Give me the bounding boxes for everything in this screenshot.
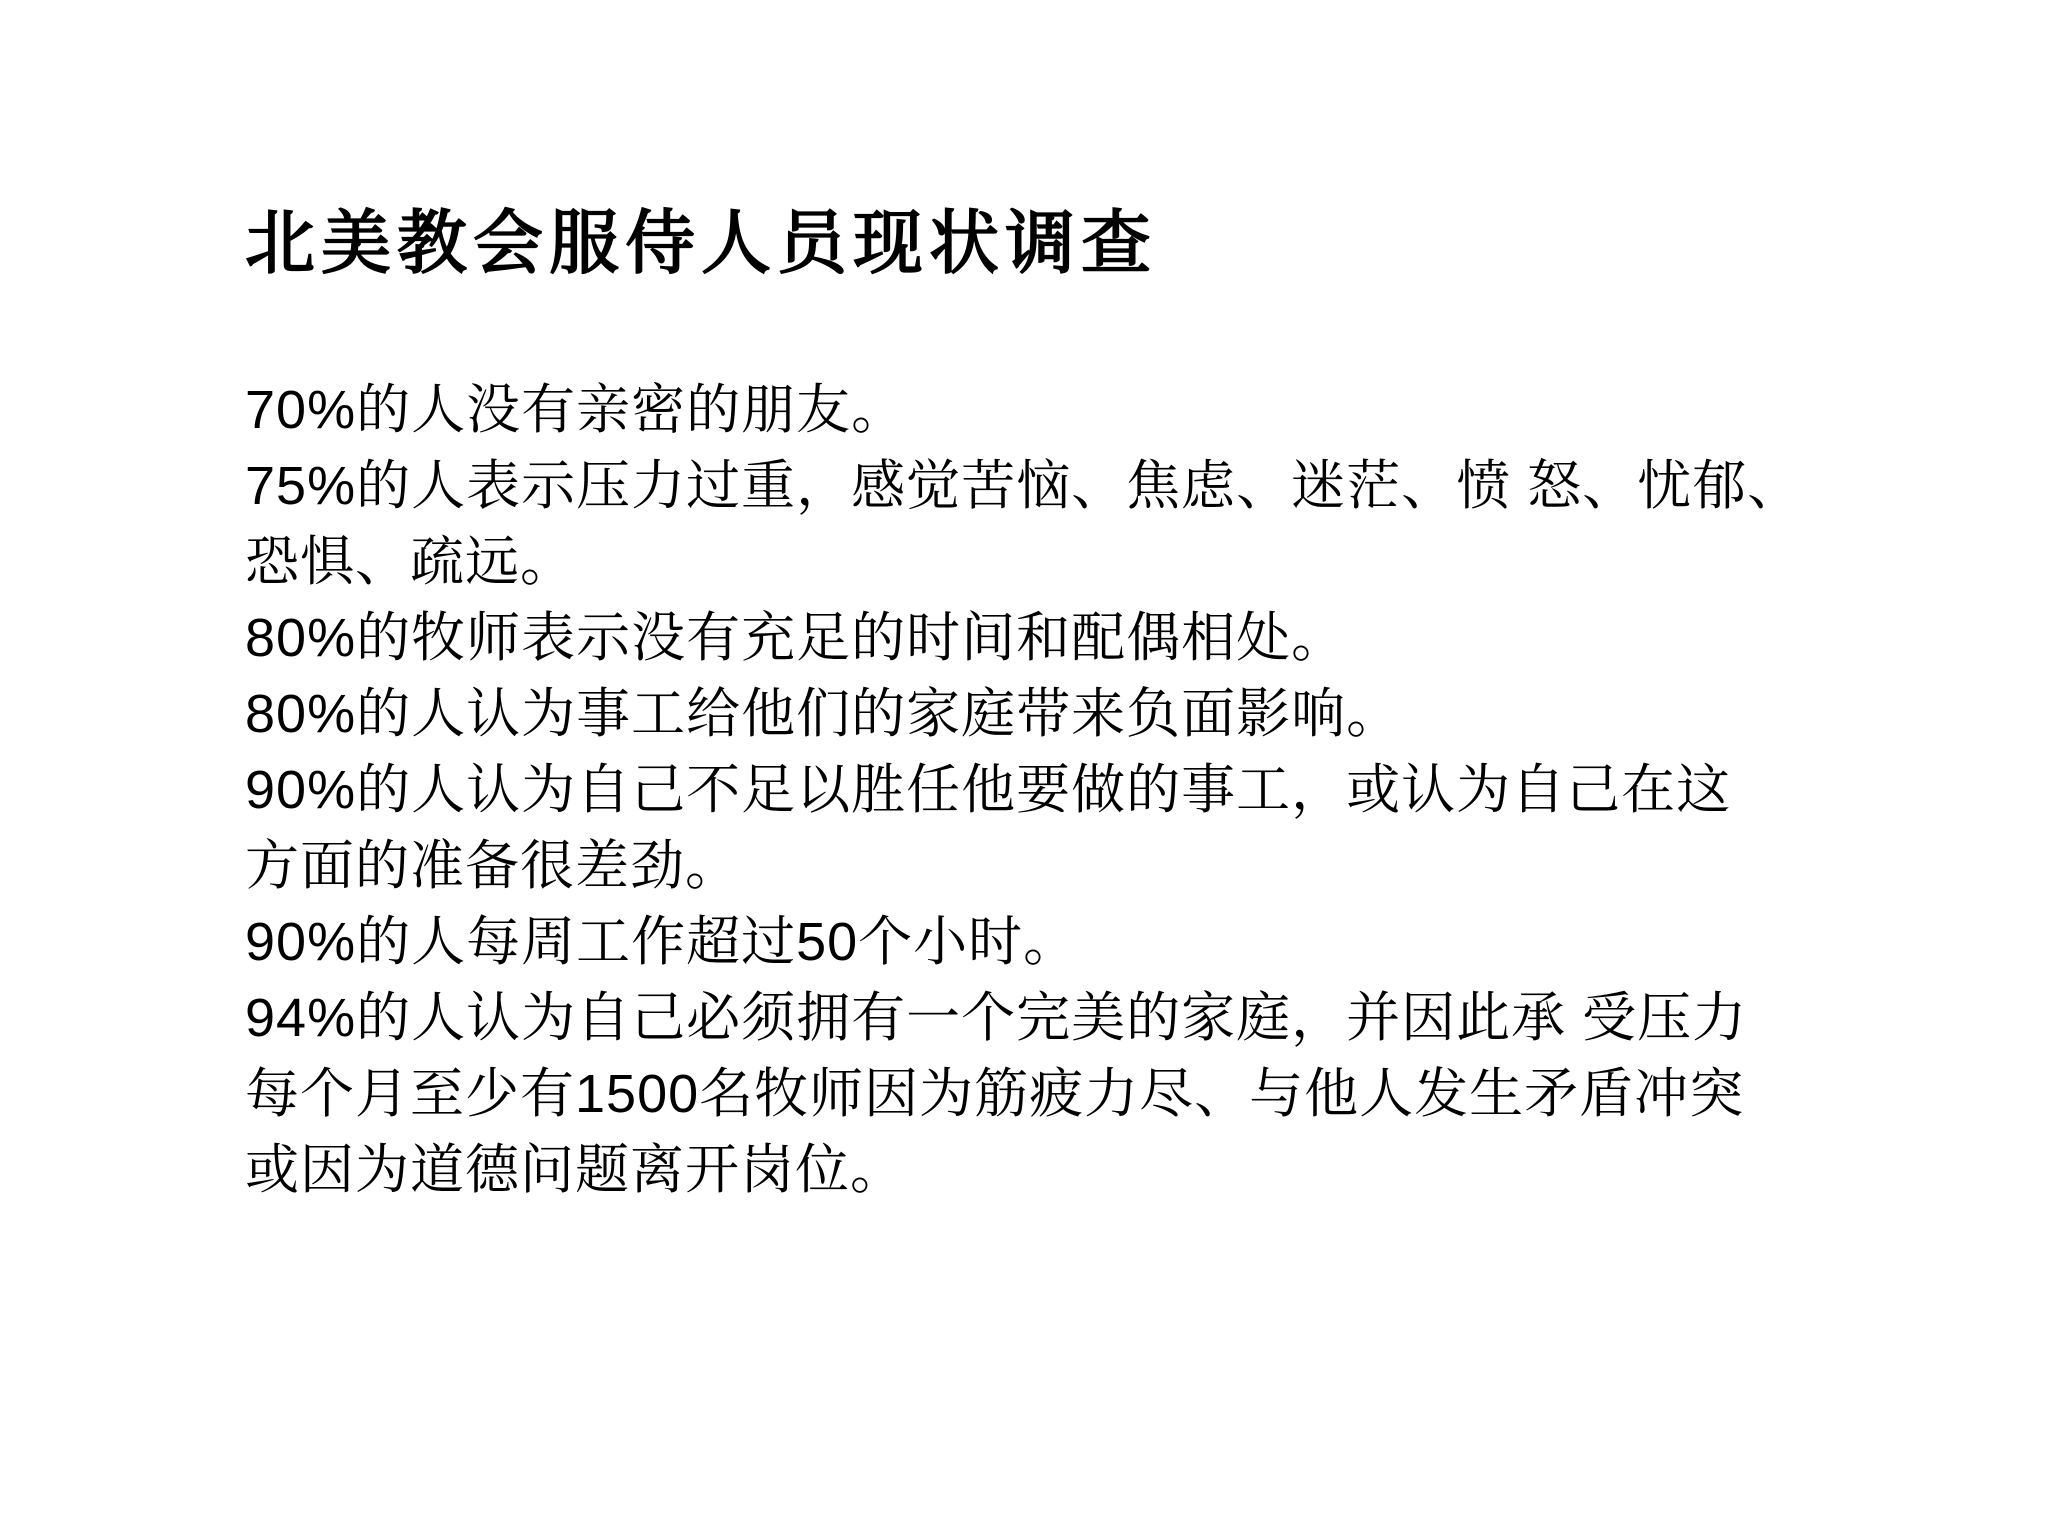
page-title: 北美教会服侍人员现状调查 (245, 205, 1157, 286)
body-text: 70%的人没有亲密的朋友。 75%的人表示压力过重，感觉苦恼、焦虑、迷茫、愤 怒… (245, 372, 1865, 1208)
body-line: 90%的人认为自己不足以胜任他要做的事工，或认为自己在这 (245, 752, 1865, 828)
body-line: 恐惧、疏远。 (245, 524, 1865, 600)
body-line: 每个月至少有1500名牧师因为筋疲力尽、与他人发生矛盾冲突 (245, 1056, 1865, 1132)
body-line: 80%的牧师表示没有充足的时间和配偶相处。 (245, 600, 1865, 676)
body-line: 80%的人认为事工给他们的家庭带来负面影响。 (245, 676, 1865, 752)
body-line: 或因为道德问题离开岗位。 (245, 1132, 1865, 1208)
body-line: 75%的人表示压力过重，感觉苦恼、焦虑、迷茫、愤 怒、忧郁、 (245, 448, 1865, 524)
body-line: 90%的人每周工作超过50个小时。 (245, 904, 1865, 980)
body-line: 70%的人没有亲密的朋友。 (245, 372, 1865, 448)
body-line: 方面的准备很差劲。 (245, 828, 1865, 904)
slide: 北美教会服侍人员现状调查 70%的人没有亲密的朋友。 75%的人表示压力过重，感… (0, 0, 2048, 1536)
body-line: 94%的人认为自己必须拥有一个完美的家庭，并因此承 受压力 (245, 980, 1865, 1056)
